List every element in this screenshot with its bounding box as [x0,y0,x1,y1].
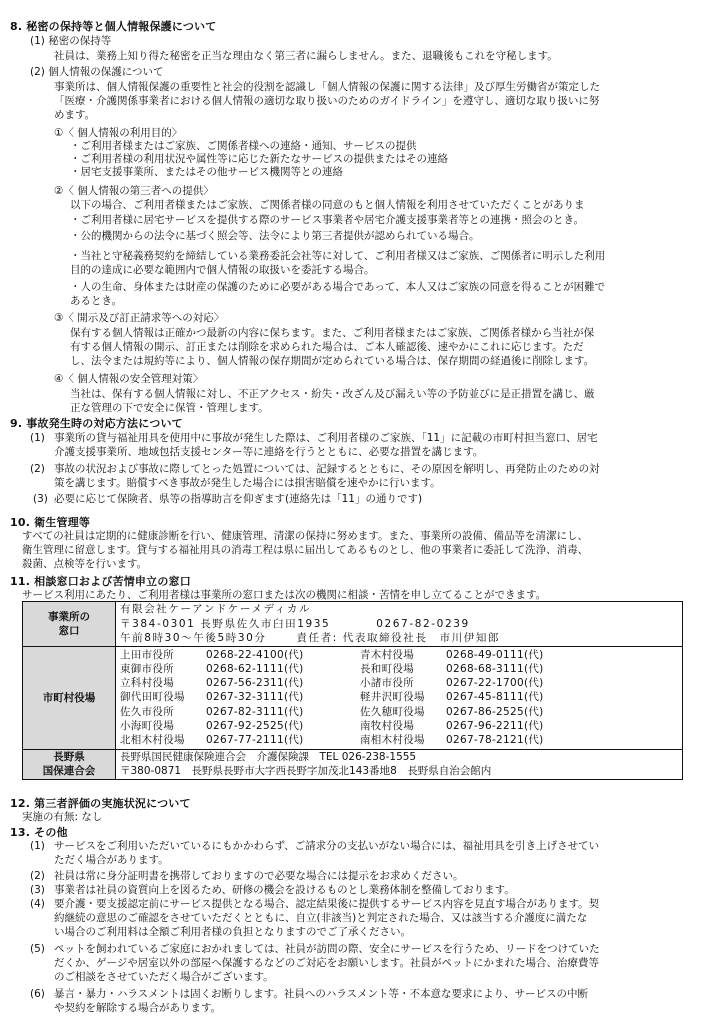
section-9-item-num: (1) [30,432,45,445]
municipality-phone: 0267-96-2211(代) [446,719,596,733]
kokuho-line: 〒380-0871 長野県長野市大字西長野字加茂北143番地8 長野県自治会館内 [120,764,678,779]
municipality-phone: 0267-32-3111(代) [206,690,360,704]
municipality-phone: 0267-77-2111(代) [206,733,360,747]
section-8-title: 8. 秘密の保持等と個人情報保護について [10,20,216,33]
item-3-line: し、法令または規約等により、個人情報の保存期間が定められている場合は、保存期間の… [70,355,594,368]
municipality-phone: 0267-56-2311(代) [206,676,360,690]
item-1-title: ①〈 個人情報の利用目的〉 [54,127,182,140]
section-13-item-line: のご相談をさせていただく場合がございます。 [54,971,274,984]
municipality-phone: 0268-68-3111(代) [446,662,596,676]
section-9-item-line: 策を講じます。賠償すべき事故が発生した場合には損害賠償を速やかに行います。 [54,477,441,490]
item-2-line: ・人の生命、身体または財産の保護のために必要がある場合であって、本人又はご家族の… [70,281,605,294]
section-13-item-line: い場合のご利用料は全額ご利用者様の負担となりますのでご了承ください。 [54,926,411,939]
contact-table: 事業所の 窓口 有限会社ケーアンドケーメディカル 〒384-0301 長野県佐久… [22,601,683,780]
section-13-item-line: 要介護・要支援認定前にサービス提供となる場合、認定結果後に提供するサービス内容を… [54,898,599,911]
municipality-phone: 0267-82-3111(代) [206,705,360,719]
section-9-item-num: (3) [33,493,48,506]
section-13-item-line: 社員は常に身分証明書を携帯しておりますので必要な場合には提示をお求めください。 [54,870,464,883]
municipality-name: 南牧村役場 [360,719,446,733]
section-13-item-line: 暴言・暴力・ハラスメントは固くお断りします。社員へのハラスメント等・不本意な要求… [54,988,588,1001]
section-11-title: 11. 相談窓口および苦情申立の窓口 [10,575,191,588]
section-10-line: すべての社員は定期的に健康診断を行い、健康管理、清潔の保持に努めます。また、事業… [22,530,588,543]
municipality-phone: 0267-78-2121(代) [446,733,596,747]
municipality-name: 南相木村役場 [360,733,446,747]
section-9-item-line: 必要に応じて保険者、県等の指導助言を仰ぎます(連絡先は「11」の通りです) [54,493,422,506]
municipality-name: 佐久市役所 [120,705,206,719]
office-row: 事業所の 窓口 有限会社ケーアンドケーメディカル 〒384-0301 長野県佐久… [23,602,683,647]
section-8-2-body-line: 「医療・介護関係事業者における個人情報の適切な取り扱いのためのガイドライン」を遵… [54,95,599,108]
municipality-name: 青木村役場 [360,648,446,662]
section-8-1-body: 社員は、業務上知り得た秘密を正当な理由なく第三者に漏らしません。また、退職後もこ… [54,50,558,63]
section-9-title: 9. 事故発生時の対応方法について [10,417,183,430]
item-1-line: ・居宅支援事業所、またはその他サービス機関等との連絡 [70,166,343,179]
municipality-phone: 0268-22-4100(代) [206,648,360,662]
section-13-title: 13. その他 [10,826,68,839]
item-4-line: 正な管理の下で安全に保管・管理します。 [70,402,269,415]
kokuho-label-line: 国保連合会 [27,764,111,778]
section-13-item-num: (6) [30,988,45,1001]
municipality-name: 北相木村役場 [120,733,206,747]
office-label-line: 窓口 [27,624,111,638]
section-9-item-line: 事故の状況および事故に際してとった処置については、記録するとともに、その原因を解… [54,463,600,476]
item-2-line: 目的の達成に必要な範囲内で個人情報の取扱いを委託する場合。 [70,264,375,277]
municipality-phone: 0268-62-1111(代) [206,662,360,676]
item-2-line: ・公的機関からの法令に基づく照会等、法令により第三者提供が認められている場合。 [70,230,480,243]
section-12-title: 12. 第三者評価の実施状況について [10,797,191,810]
section-13-item-num: (4) [30,898,45,911]
item-2-line: ・ご利用者様に居宅サービスを提供する際のサービス事業者や居宅介護支援事業者等との… [70,214,584,227]
section-13-item-line: 約継続の意思のご確認をさせていただくとともに、自立(非該当)と判定された場合、又… [54,912,587,925]
municipality-name: 軽井沢町役場 [360,690,446,704]
office-hours: 午前8時30～午後5時30分 [120,632,266,644]
item-2-line: ・当社と守秘義務契約を締結している業務委託会社等に対して、ご利用者様又はご家族、… [70,250,605,263]
item-2-line: 以下の場合、ご利用者様またはご家族、ご関係者様の同意のもと個人情報を利用させてい… [70,199,585,212]
municipality-name: 立科村役場 [120,676,206,690]
section-9-item-line: 介護支援事業所、地域包括支援センター等に連絡を行うとともに、必要な措置を講じます… [54,446,483,459]
office-address: 〒384-0301 長野県佐久市臼田1935 [120,618,330,630]
municipality-phone: 0267-86-2525(代) [446,705,596,719]
office-phone: 0267-82-0239 [376,618,470,630]
section-13-item-line: ただく場合があります。 [54,854,169,867]
section-13-item-num: (1) [30,840,45,853]
municipality-name: 佐久穂町役場 [360,705,446,719]
section-13-item-line: だくか、ゲージや居室以外の部屋へ保護するなどのご対応をお願いします。社員がペット… [54,957,599,970]
section-12-body: 実施の有無: なし [22,811,102,824]
item-2-title: ②〈 個人情報の第三者への提供〉 [54,185,214,198]
section-13-item-num: (2) [30,870,45,883]
municipality-name: 上田市役所 [120,648,206,662]
municipality-name: 東御市役所 [120,662,206,676]
office-hours-line: 午前8時30～午後5時30分 責任者: 代表取締役社長 市川伊知郎 [120,631,678,646]
section-13-item-line: ペットを飼われているご家庭におかれましては、社員が訪問の際、安全にサービスを行う… [54,943,600,956]
item-2-line: あるとき。 [70,295,122,308]
municipality-phone: 0267-45-8111(代) [446,690,596,704]
office-manager: 責任者: 代表取締役社長 市川伊知郎 [296,632,500,644]
kokuho-row: 長野県 国保連合会 長野県国民健康保険連合会 介護保険課 TEL 026-238… [23,749,683,779]
item-4-line: 当社は、保有する個人情報に対し、不正アクセス・紛失・改ざん及び漏えい等の予防並び… [70,388,595,401]
section-9-item-line: 事業所の貸与福祉用具を使用中に事故が発生した際は、ご利用者様のご家族、「11」に… [54,432,598,445]
office-label: 事業所の 窓口 [23,602,116,647]
municipal-row: 市町村役場 上田市役所 0268-22-4100(代) 青木村役場 0268-4… [23,646,683,749]
kokuho-label: 長野県 国保連合会 [23,749,116,779]
office-address-line: 〒384-0301 長野県佐久市臼田1935 0267-82-0239 [120,617,678,632]
company-name: 有限会社ケーアンドケーメディカル [120,602,678,617]
municipality-name: 小海町役場 [120,719,206,733]
section-13-item-num: (3) [30,884,45,897]
office-label-line: 事業所の [27,610,111,624]
item-3-line: 保有する個人情報は正確かつ最新の内容に保ちます。また、ご利用者様またはご家族、ご… [70,327,594,340]
municipality-phone: 0267-22-1700(代) [446,676,596,690]
kokuho-details: 長野県国民健康保険連合会 介護保険課 TEL 026-238-1555 〒380… [116,749,683,779]
section-8-2-body-line: めます。 [54,109,95,122]
item-3-line: 有する個人情報の開示、訂正または削除を求められた場合は、ご本人確認後、速やかにこ… [70,341,584,354]
municipality-name: 小諸市役所 [360,676,446,690]
item-1-line: ・ご利用者様またはご家族、ご関係者様への連絡・通知、サービスの提供 [70,140,417,153]
section-10-line: 衛生管理に留意します。貸与する福祉用具の消毒工程は県に届出してあるものとし、他の… [22,544,588,557]
municipal-list: 上田市役所 0268-22-4100(代) 青木村役場 0268-49-0111… [116,646,683,749]
section-8-2-title: (2) 個人情報の保護について [30,66,164,79]
item-1-line: ・ご利用者様の利用状況や属性等に応じた新たなサービスの提供またはその連絡 [70,153,448,166]
item-4-title: ④〈 個人情報の安全管理対策〉 [54,373,203,386]
section-13-item-line: 事業者は社員の資質向上を図るため、研修の機会を設けるものとし業務体制を整備してお… [54,884,515,897]
office-details: 有限会社ケーアンドケーメディカル 〒384-0301 長野県佐久市臼田1935 … [116,602,683,647]
section-13-item-line: や契約を解除する場合があります。 [54,1002,221,1015]
section-13-item-line: サービスをご利用いただいているにもかかわらず、ご請求分の支払いがない場合には、福… [54,840,599,853]
municipality-name: 御代田町役場 [120,690,206,704]
municipality-phone: 0267-92-2525(代) [206,719,360,733]
section-8-2-body-line: 事業所は、個人情報保護の重要性と社会的役割を認識し「個人情報の保護に関する法律」… [54,81,600,94]
section-8-1-title: (1) 秘密の保持等 [30,35,111,48]
kokuho-label-line: 長野県 [27,750,111,764]
section-10-line: 殺菌、点検等を行います。 [22,558,147,571]
municipality-phone: 0268-49-0111(代) [446,648,596,662]
municipal-label: 市町村役場 [23,646,116,749]
municipality-name: 長和町役場 [360,662,446,676]
section-9-item-num: (2) [30,463,45,476]
item-3-title: ③〈 開示及び訂正請求等への対応〉 [54,312,224,325]
section-13-item-num: (5) [30,943,45,956]
section-10-title: 10. 衛生管理等 [10,516,90,529]
kokuho-line: 長野県国民健康保険連合会 介護保険課 TEL 026-238-1555 [120,750,678,765]
